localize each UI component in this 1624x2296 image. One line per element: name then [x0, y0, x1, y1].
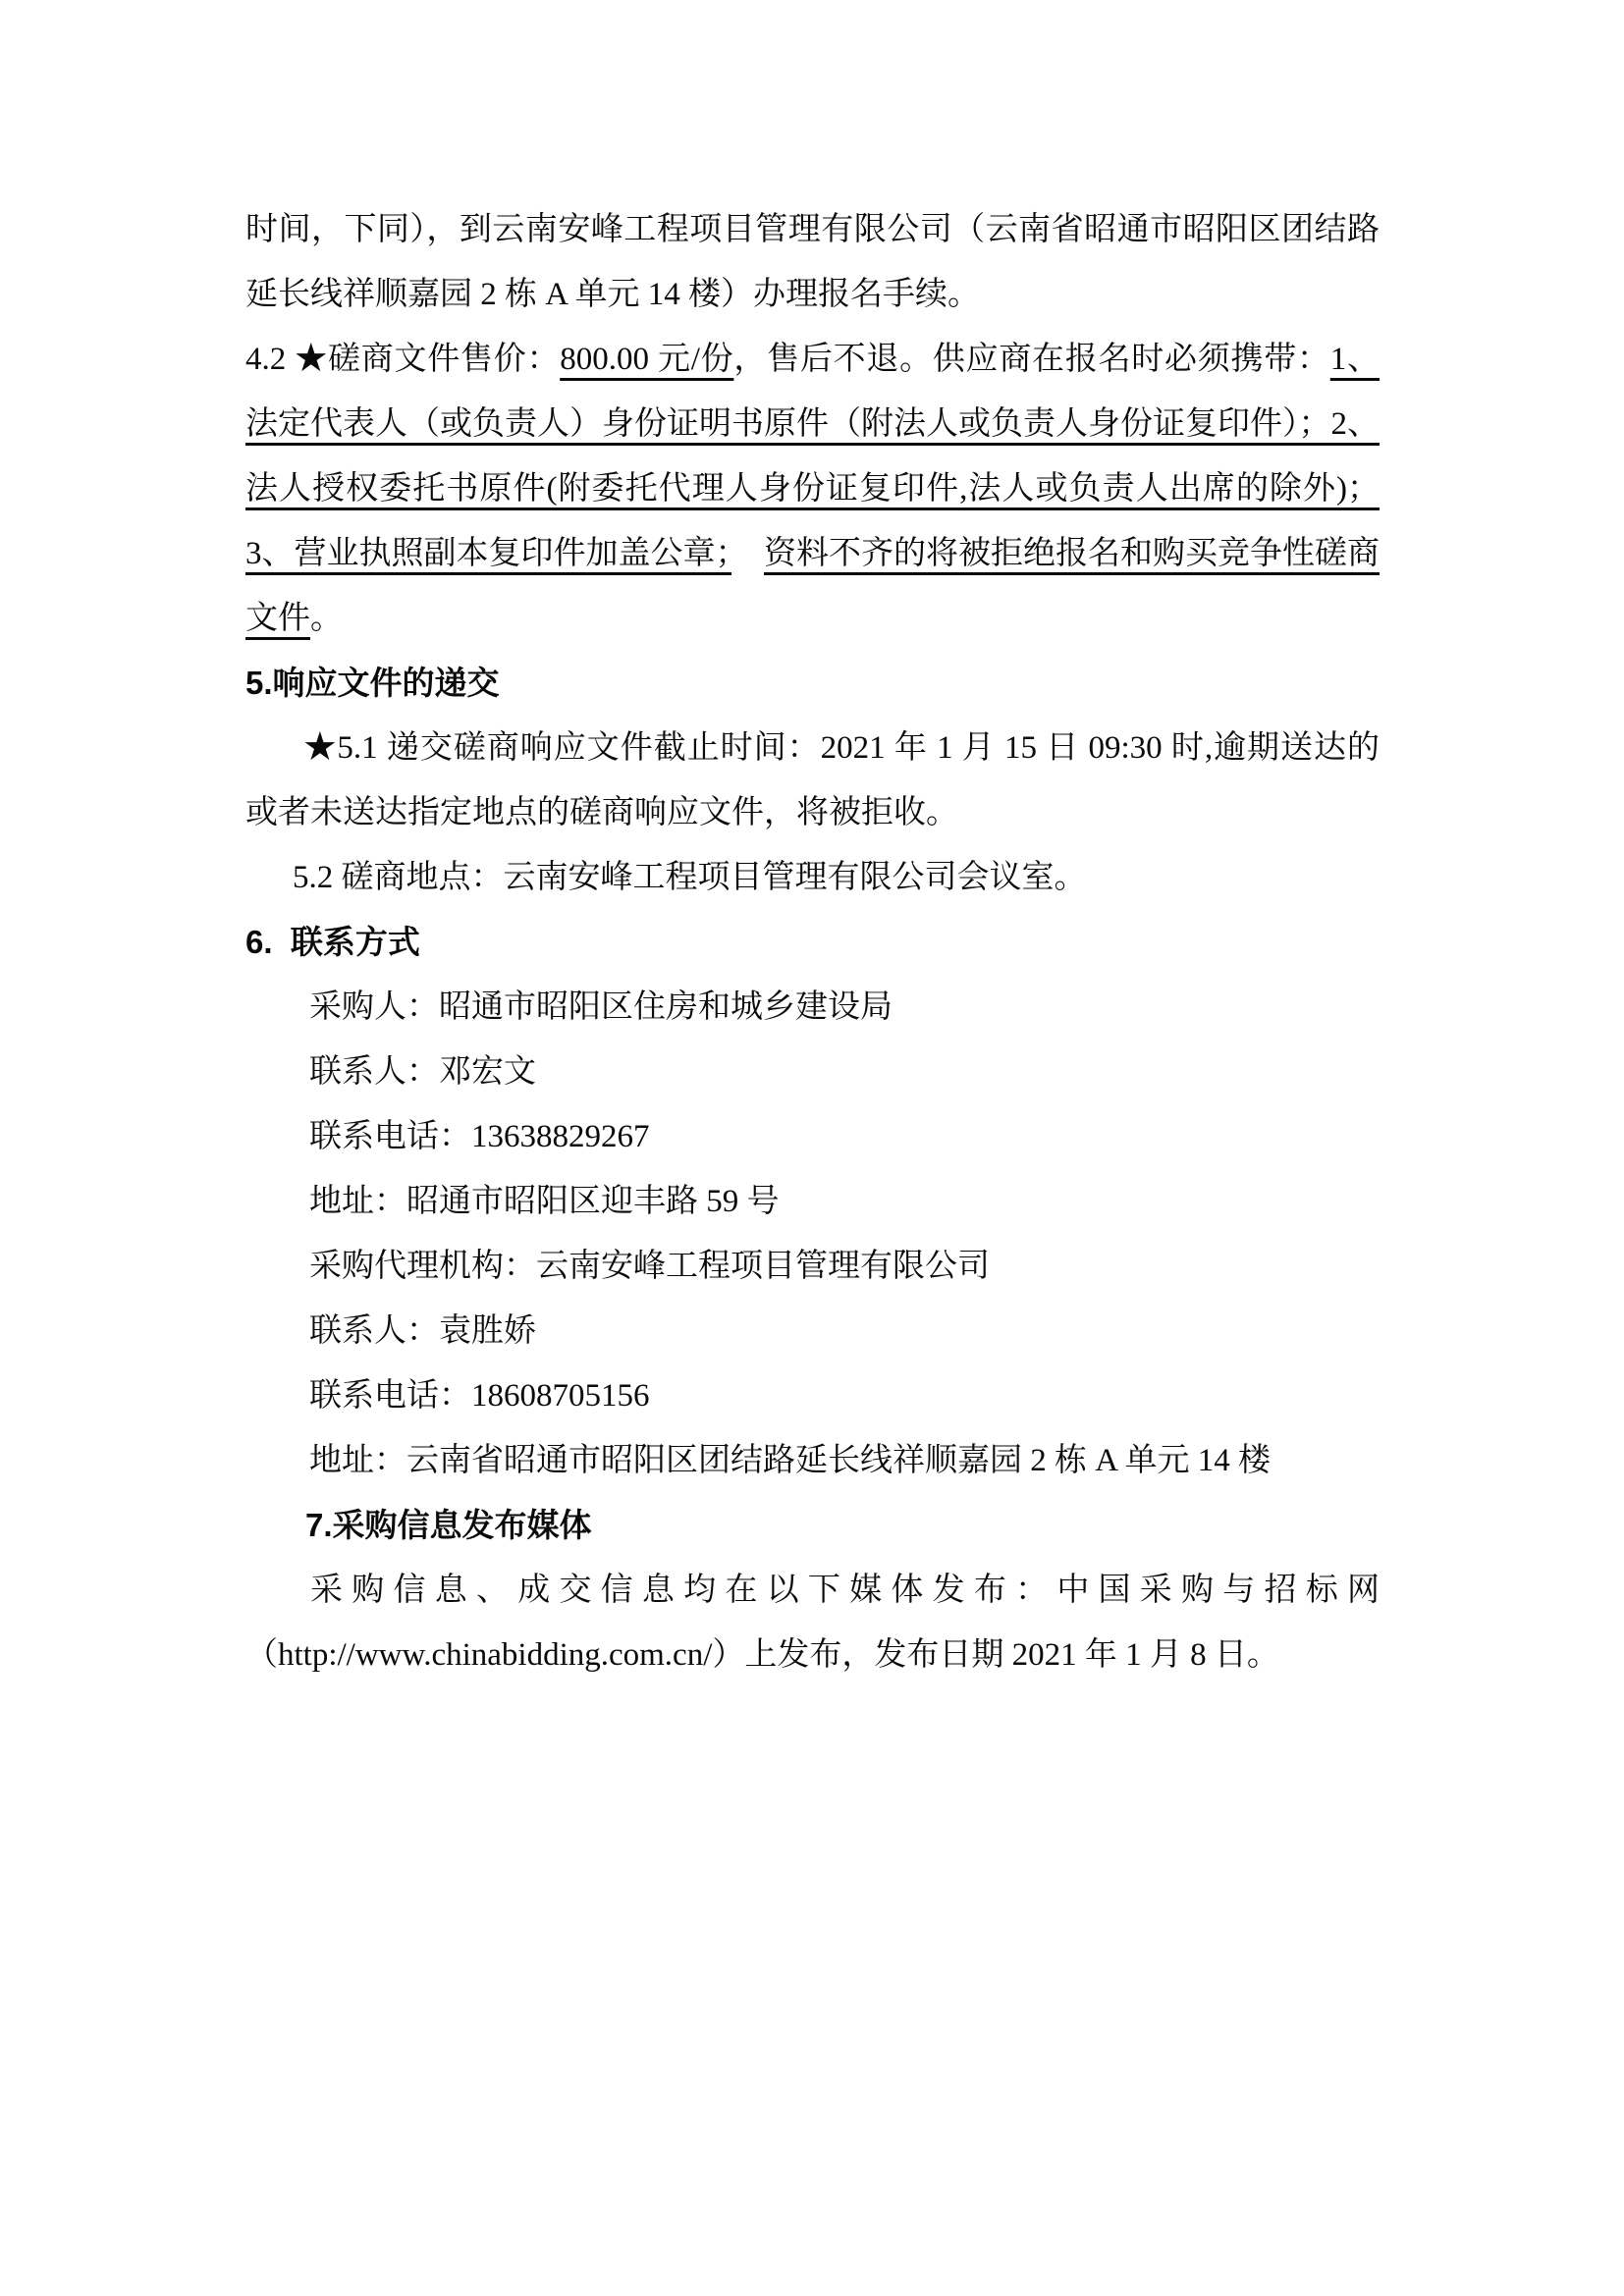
paragraph-registration-continuation: 时间，下同），到云南安峰工程项目管理有限公司（云南省昭通市昭阳区团结路延长线祥顺… — [245, 197, 1380, 327]
url-open-paren: （ — [245, 1637, 278, 1673]
contact-phone-agency: 联系电话：18608705156 — [309, 1363, 1380, 1428]
website-url: http://www.chinabidding.com.cn/ — [278, 1637, 712, 1673]
publish-date-text: ）上发布，发布日期 2021 年 1 月 8 日。 — [712, 1637, 1279, 1673]
clause-4-2: 4.2 ★磋商文件售价：800.00 元/份，售后不退。供应商在报名时必须携带：… — [245, 327, 1380, 651]
document-page: 时间，下同），到云南安峰工程项目管理有限公司（云南省昭通市昭阳区团结路延长线祥顺… — [0, 0, 1624, 2296]
section-5-heading: 5.响应文件的递交 — [245, 651, 1380, 716]
clause-4-2-lead: 4.2 ★磋商文件售价： — [245, 342, 560, 377]
contact-address-agency: 地址：云南省昭通市昭阳区团结路延长线祥顺嘉园 2 栋 A 单元 14 楼 — [309, 1428, 1380, 1493]
contact-person-purchaser: 联系人：邓宏文 — [309, 1040, 1380, 1104]
media-publish-line-2: （http://www.chinabidding.com.cn/）上发布，发布日… — [245, 1623, 1380, 1687]
section-6-heading: 6. 联系方式 — [245, 910, 1380, 975]
contact-address-purchaser: 地址：昭通市昭阳区迎丰路 59 号 — [309, 1169, 1380, 1234]
document-price-underlined: 800.00 元/份 — [560, 342, 733, 377]
clause-5-1-deadline: ★5.1 递交磋商响应文件截止时间：2021 年 1 月 15 日 09:30 … — [245, 716, 1380, 845]
underline-gap-space — [731, 536, 764, 571]
section-7-heading: 7.采购信息发布媒体 — [305, 1493, 1380, 1558]
contact-person-agency: 联系人：袁胜娇 — [309, 1299, 1380, 1363]
clause-4-2-mid: ，售后不退。供应商在报名时必须携带： — [733, 342, 1329, 377]
clause-5-2-location: 5.2 磋商地点：云南安峰工程项目管理有限公司会议室。 — [293, 845, 1380, 910]
contact-purchaser: 采购人：昭通市昭阳区住房和城乡建设局 — [309, 975, 1380, 1040]
contact-agency: 采购代理机构：云南安峰工程项目管理有限公司 — [309, 1234, 1380, 1299]
clause-4-2-period: 。 — [310, 601, 343, 636]
media-publish-line-1: 采购信息、成交信息均在以下媒体发布：中国采购与招标网 — [245, 1558, 1380, 1623]
contact-phone-purchaser: 联系电话：13638829267 — [309, 1104, 1380, 1169]
